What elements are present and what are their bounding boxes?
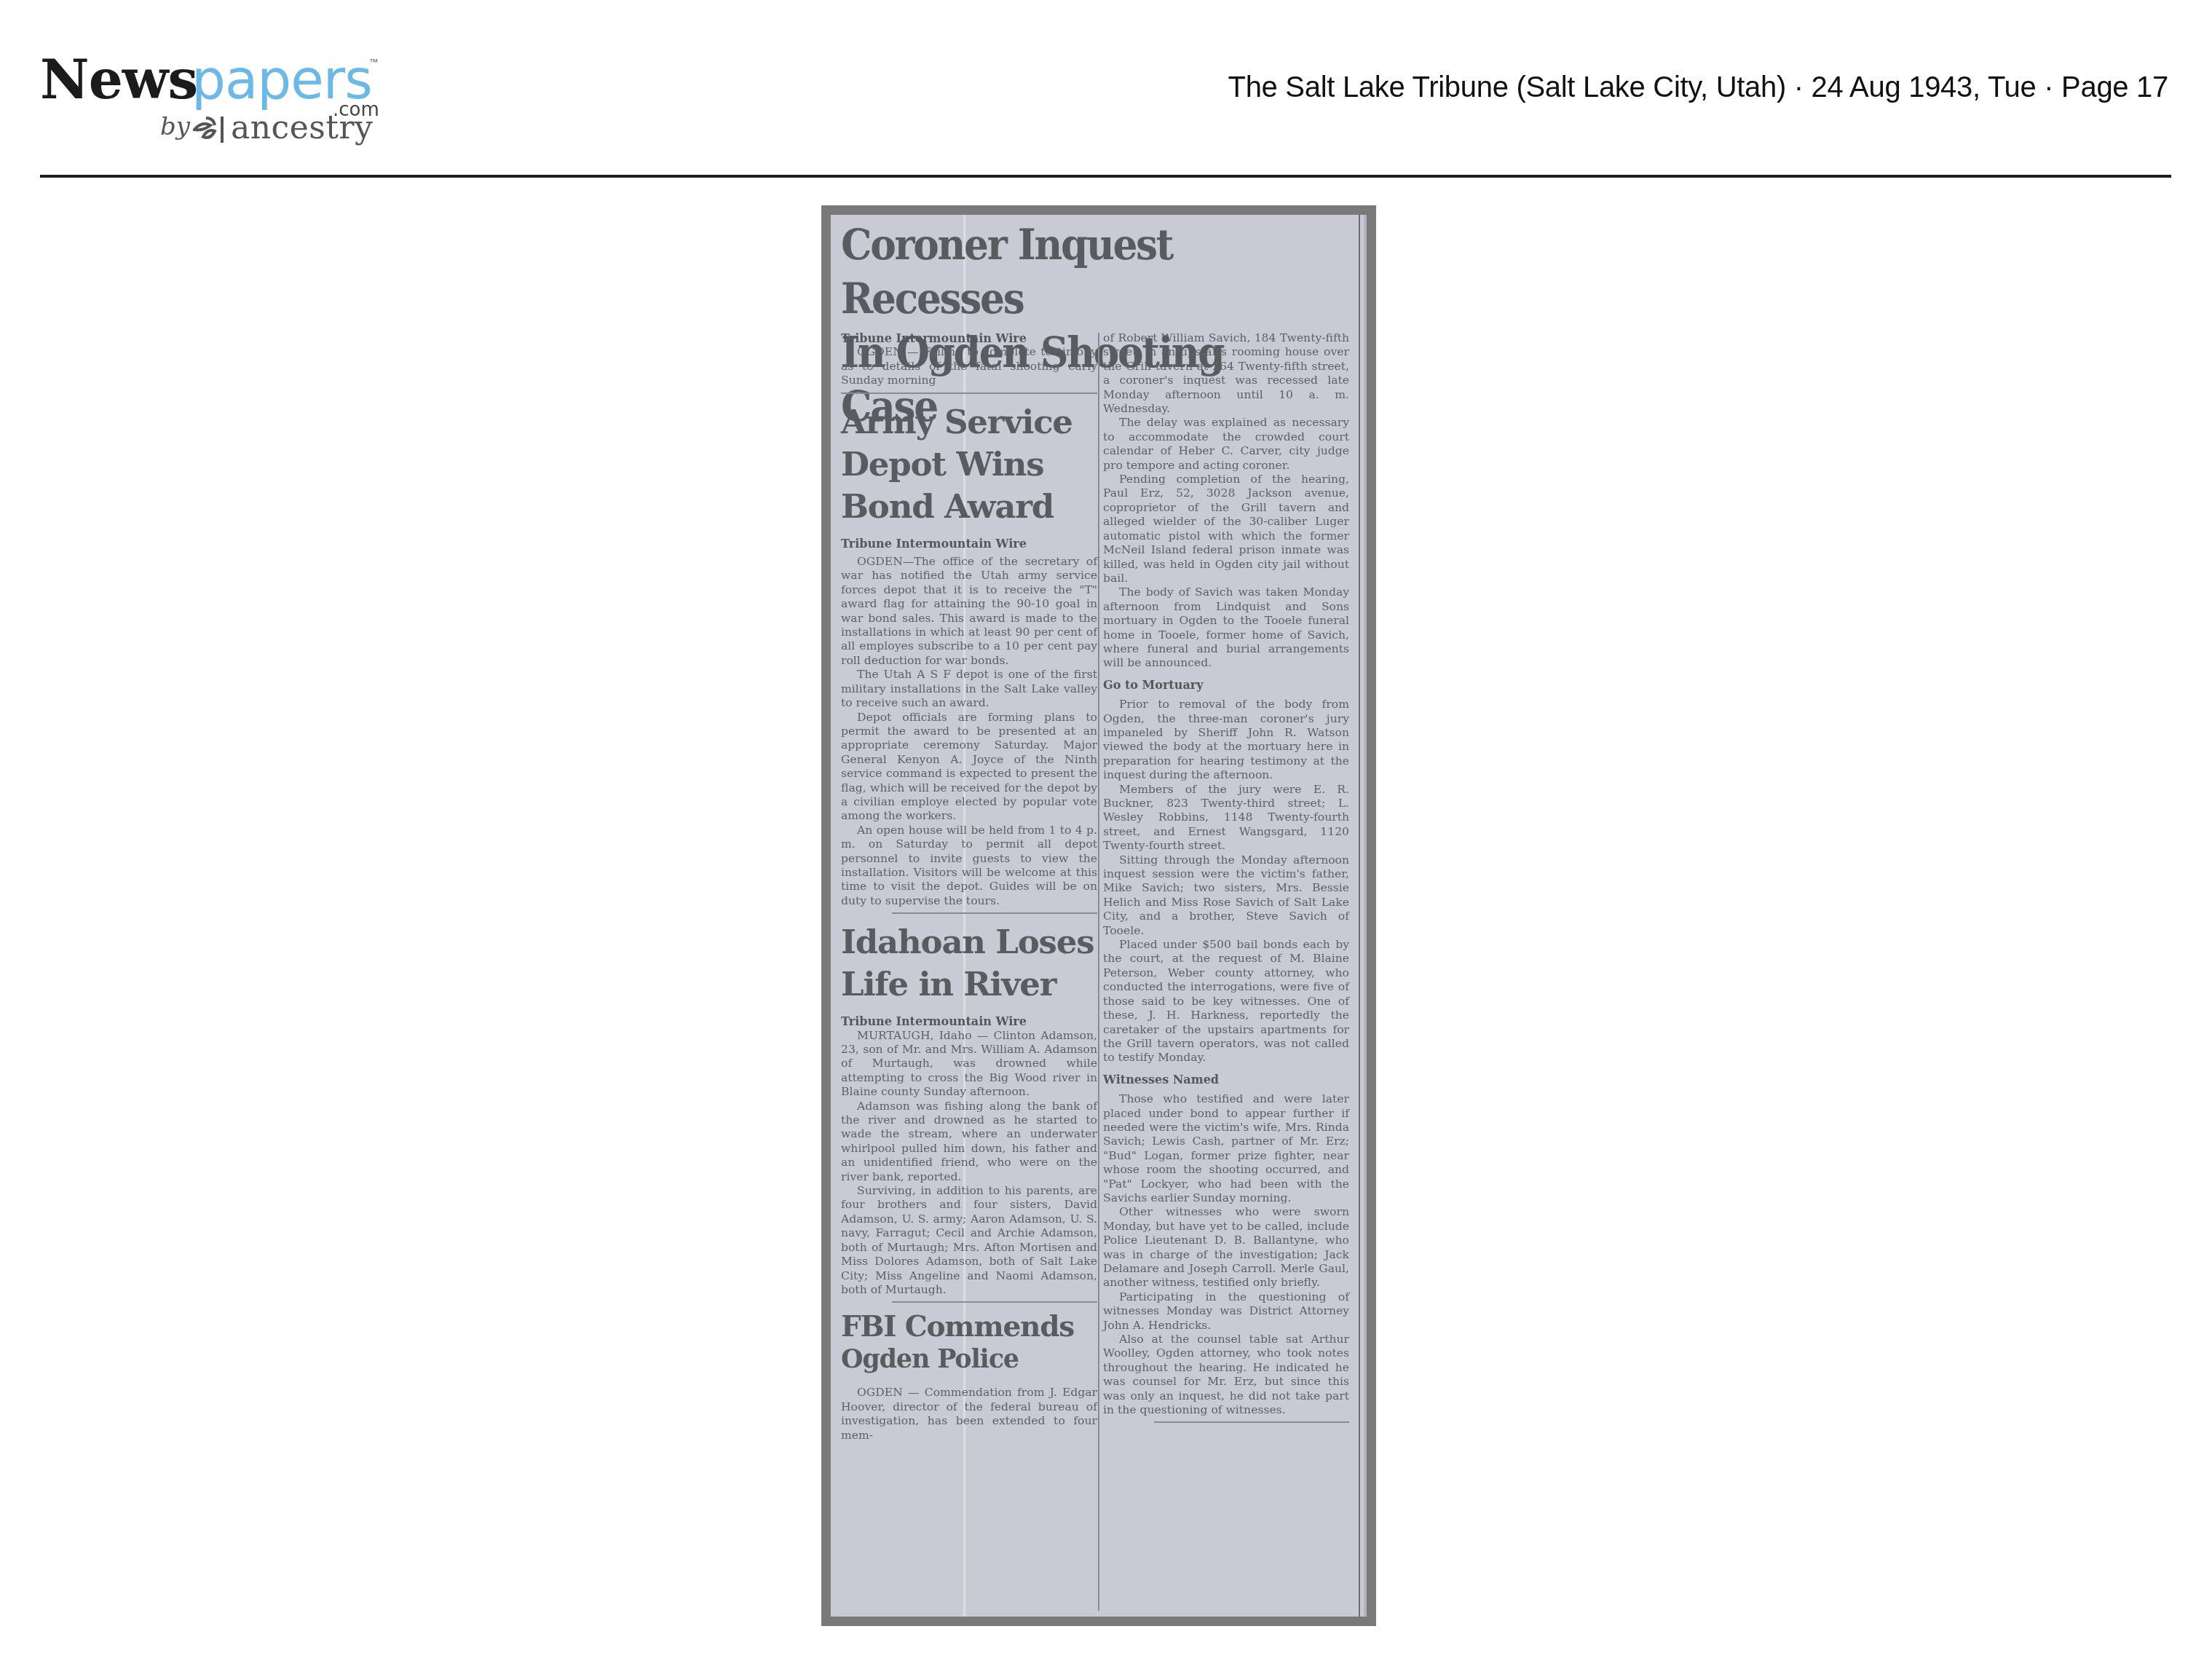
subhead-witnesses-named: Witnesses Named	[1103, 1073, 1349, 1086]
army-headline-line-1: Army Service	[841, 401, 1097, 443]
idaho-headline: Idahoan Loses Life in River	[841, 921, 1097, 1006]
header-divider	[40, 175, 2171, 178]
column-divider	[1098, 333, 1099, 1611]
main-paragraph: Also at the counsel table sat Arthur Woo…	[1103, 1333, 1349, 1417]
army-paragraph: Depot officials are forming plans to per…	[841, 711, 1097, 824]
main-paragraph: The delay was explained as necessary to …	[1103, 416, 1349, 473]
page-header: News papers ™ .com by ancestry The Salt …	[0, 0, 2212, 178]
army-headline-line-3: Bond Award	[841, 486, 1097, 528]
right-column: of Robert William Savich, 184 Twenty-fif…	[1103, 331, 1349, 1430]
logo-word-news: News	[40, 51, 197, 109]
idaho-paragraph: Surviving, in addition to his parents, a…	[841, 1184, 1097, 1297]
army-headline-line-2: Depot Wins	[841, 443, 1097, 486]
article-end-rule	[1154, 1421, 1349, 1423]
newspapers-logo[interactable]: News papers ™ .com by ancestry	[40, 51, 390, 153]
citation-text: The Salt Lake Tribune (Salt Lake City, U…	[1228, 71, 2168, 104]
article-separator	[892, 912, 1097, 914]
army-headline: Army Service Depot Wins Bond Award	[841, 401, 1097, 528]
main-paragraph: Other witnesses who were sworn Monday, b…	[1103, 1205, 1349, 1290]
fbi-headline-line-1: FBI Commends	[841, 1310, 1097, 1344]
main-lede: OGDEN — Failing to complete testimony as…	[841, 345, 1097, 387]
army-paragraph: An open house will be held from 1 to 4 p…	[841, 824, 1097, 908]
article-separator	[892, 1301, 1097, 1303]
main-paragraph: Prior to removal of the body from Ogden,…	[1103, 698, 1349, 782]
subhead-go-to-mortuary: Go to Mortuary	[1103, 678, 1349, 692]
newspaper-clipping: Coroner Inquest Recesses In Ogden Shooti…	[831, 215, 1367, 1617]
idaho-paragraph: MURTAUGH, Idaho — Clinton Adamson, 23, s…	[841, 1029, 1097, 1100]
ancestry-leaf-icon	[193, 115, 228, 144]
fbi-headline-line-2: Ogden Police	[841, 1344, 1097, 1376]
logo-by: by	[160, 112, 190, 141]
logo-trademark: ™	[369, 57, 378, 67]
logo-ancestry: ancestry	[231, 109, 373, 146]
main-headline-line-1: Coroner Inquest Recesses	[841, 218, 1310, 326]
main-paragraph: Members of the jury were E. R. Buckner, …	[1103, 783, 1349, 853]
article-separator	[841, 392, 1097, 394]
army-paragraph: The Utah A S F depot is one of the first…	[841, 668, 1097, 710]
idaho-paragraph: Adamson was fishing along the bank of th…	[841, 1100, 1097, 1184]
idaho-byline: Tribune Intermountain Wire	[841, 1014, 1097, 1028]
main-paragraph: Placed under $500 bail bonds each by the…	[1103, 938, 1349, 1065]
main-paragraph: Sitting through the Monday afternoon inq…	[1103, 853, 1349, 938]
fbi-headline: FBI Commends Ogden Police	[841, 1310, 1097, 1376]
main-continued-paragraph: of Robert William Savich, 184 Twenty-fif…	[1103, 331, 1349, 416]
army-paragraph: OGDEN—The office of the secretary of war…	[841, 555, 1097, 668]
clipping-edge	[1364, 215, 1367, 1617]
main-paragraph: Those who testified and were later place…	[1103, 1092, 1349, 1205]
main-paragraph: Pending completion of the hearing, Paul …	[1103, 473, 1349, 585]
fbi-paragraph: OGDEN — Commendation from J. Edgar Hoove…	[841, 1386, 1097, 1443]
idaho-headline-line-1: Idahoan Loses	[841, 921, 1097, 963]
left-column: Tribune Intermountain Wire OGDEN — Faili…	[841, 331, 1097, 1443]
main-paragraph: The body of Savich was taken Monday afte…	[1103, 585, 1349, 670]
idaho-headline-line-2: Life in River	[841, 963, 1097, 1006]
main-paragraph: Participating in the questioning of witn…	[1103, 1290, 1349, 1333]
clipping-column-rule	[1359, 215, 1360, 1617]
army-byline: Tribune Intermountain Wire	[841, 537, 1097, 551]
main-byline: Tribune Intermountain Wire	[841, 331, 1097, 345]
